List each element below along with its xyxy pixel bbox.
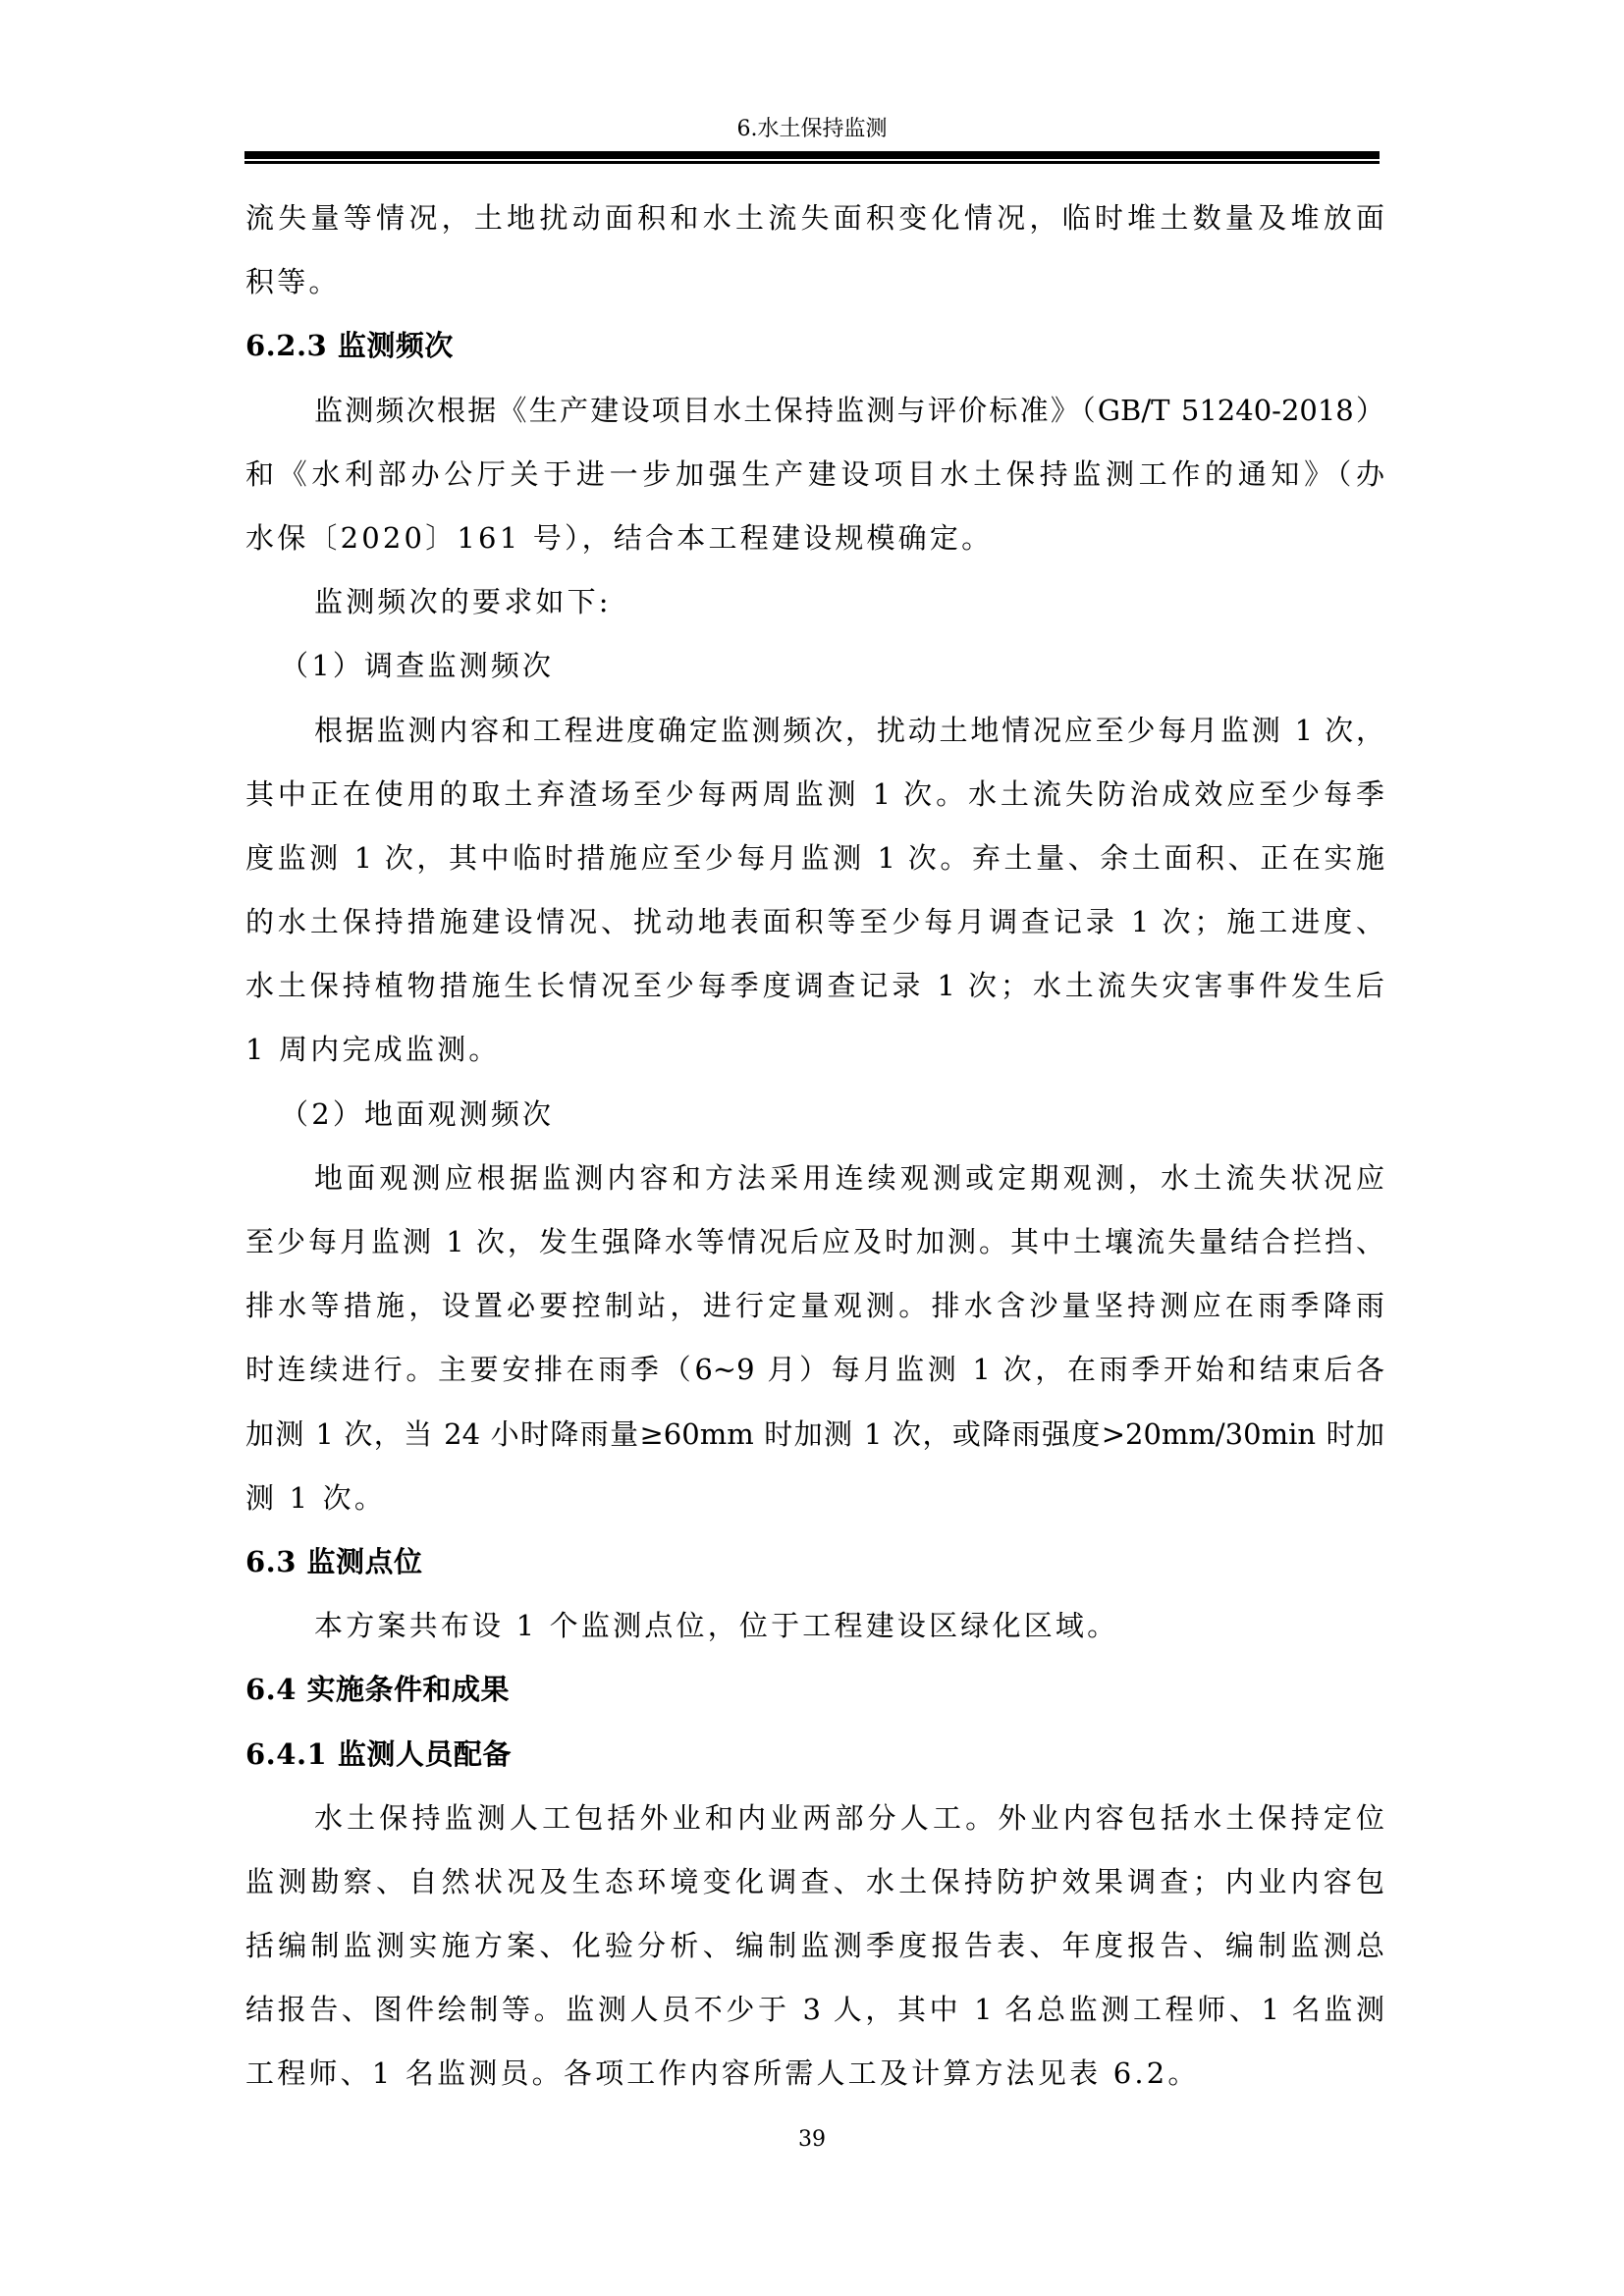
subsection-label-ground-observation-frequency: （2）地面观测频次 — [245, 1083, 1384, 1147]
paragraph-line: 监测频次根据《生产建设项目水土保持监测与评价标准》（GB/T 51240-201… — [245, 379, 1384, 443]
section-heading-6-2-3: 6.2.3 监测频次 — [245, 314, 1384, 378]
header-rule-thick — [244, 151, 1380, 159]
paragraph-line: 度监测 1 次，其中临时措施应至少每月监测 1 次。弃土量、余土面积、正在实施 — [245, 827, 1384, 890]
header-rule-thin — [244, 161, 1380, 164]
paragraph-line: 括编制监测实施方案、化验分析、编制监测季度报告表、年度报告、编制监测总 — [245, 1914, 1384, 1978]
paragraph-line: 水土保持监测人工包括外业和内业两部分人工。外业内容包括水土保持定位 — [245, 1787, 1384, 1850]
paragraph-line: 水土保持植物措施生长情况至少每季度调查记录 1 次；水土流失灾害事件发生后 — [245, 954, 1384, 1018]
section-heading-6-4-1: 6.4.1 监测人员配备 — [245, 1723, 1384, 1787]
paragraph-line: 地面观测应根据监测内容和方法采用连续观测或定期观测，水土流失状况应 — [245, 1147, 1384, 1210]
paragraph-line: 积等。 — [245, 250, 1384, 314]
paragraph-line: 监测勘察、自然状况及生态环境变化调查、水土保持防护效果调查；内业内容包 — [245, 1850, 1384, 1914]
section-heading-6-3: 6.3 监测点位 — [245, 1530, 1384, 1594]
section-heading-6-4: 6.4 实施条件和成果 — [245, 1658, 1384, 1722]
page-number: 39 — [0, 2122, 1624, 2158]
paragraph-line: 加测 1 次，当 24 小时降雨量≥60mm 时加测 1 次，或降雨强度>20m… — [245, 1403, 1384, 1467]
paragraph-line: 本方案共布设 1 个监测点位，位于工程建设区绿化区域。 — [245, 1594, 1384, 1658]
subsection-label-survey-frequency: （1）调查监测频次 — [245, 634, 1384, 698]
paragraph-line: 1 周内完成监测。 — [245, 1018, 1384, 1082]
page-body: 流失量等情况，土地扰动面积和水土流失面积变化情况，临时堆土数量及堆放面 积等。 … — [245, 187, 1384, 2107]
page-header: 6.水土保持监测 — [244, 110, 1380, 149]
paragraph-line: 其中正在使用的取土弃渣场至少每两周监测 1 次。水土流失防治成效应至少每季 — [245, 763, 1384, 827]
header-chapter-title: 6.水土保持监测 — [244, 110, 1380, 149]
paragraph-line: 监测频次的要求如下: — [245, 570, 1384, 634]
paragraph-line: 的水土保持措施建设情况、扰动地表面积等至少每月调查记录 1 次；施工进度、 — [245, 890, 1384, 954]
paragraph-line: 时连续进行。主要安排在雨季（6~9 月）每月监测 1 次，在雨季开始和结束后各 — [245, 1338, 1384, 1402]
paragraph-line: 排水等措施，设置必要控制站，进行定量观测。排水含沙量坚持测应在雨季降雨 — [245, 1274, 1384, 1338]
paragraph-line: 工程师、1 名监测员。各项工作内容所需人工及计算方法见表 6.2。 — [245, 2042, 1384, 2106]
paragraph-line: 和《水利部办公厅关于进一步加强生产建设项目水土保持监测工作的通知》（办 — [245, 443, 1384, 507]
paragraph-line: 流失量等情况，土地扰动面积和水土流失面积变化情况，临时堆土数量及堆放面 — [245, 187, 1384, 250]
paragraph-line: 水保〔2020〕161 号），结合本工程建设规模确定。 — [245, 507, 1384, 570]
paragraph-line: 测 1 次。 — [245, 1467, 1384, 1530]
paragraph-line: 结报告、图件绘制等。监测人员不少于 3 人，其中 1 名总监测工程师、1 名监测 — [245, 1978, 1384, 2042]
paragraph-line: 至少每月监测 1 次，发生强降水等情况后应及时加测。其中土壤流失量结合拦挡、 — [245, 1210, 1384, 1274]
paragraph-line: 根据监测内容和工程进度确定监测频次，扰动土地情况应至少每月监测 1 次， — [245, 699, 1384, 763]
